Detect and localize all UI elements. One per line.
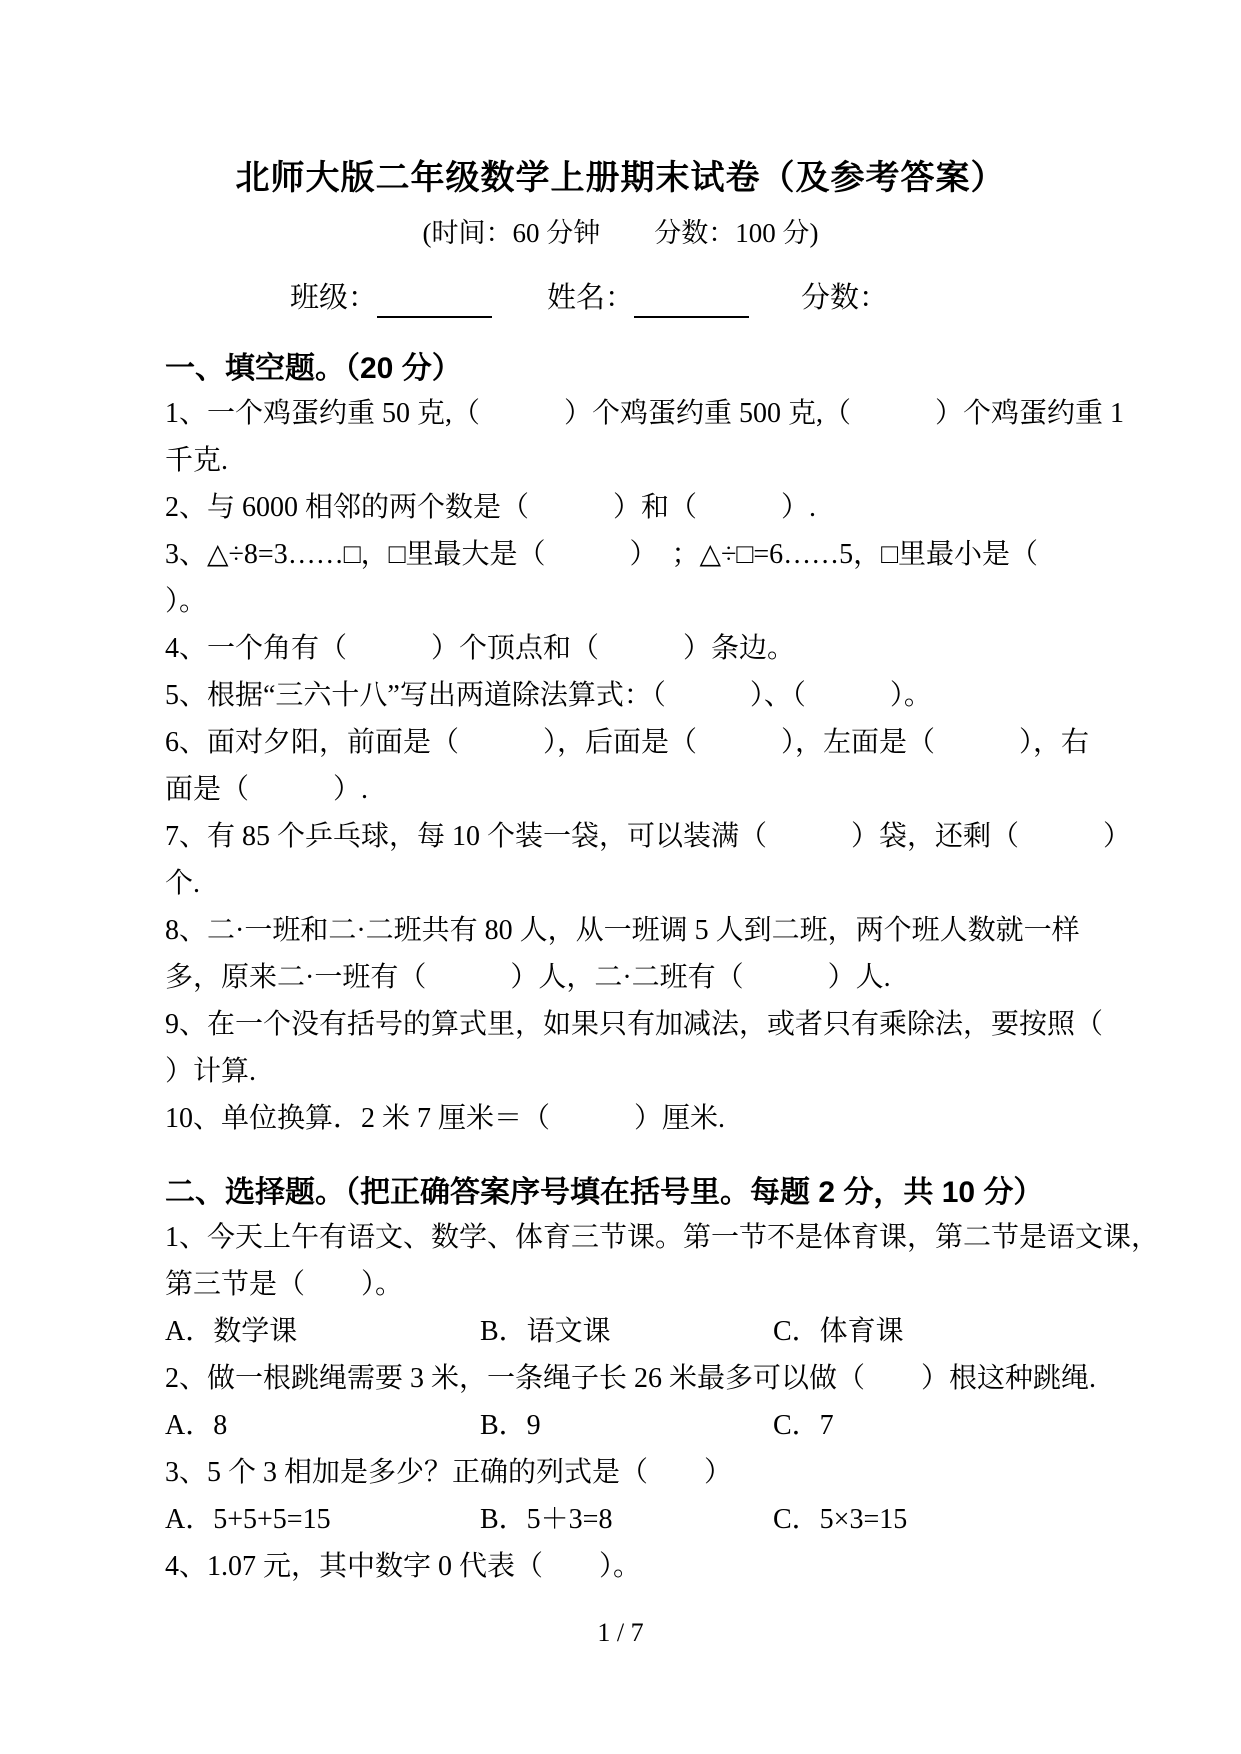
option-c: C．7 — [773, 1402, 1086, 1449]
score-label: 分数： — [801, 278, 888, 318]
name-label: 姓名： — [547, 278, 634, 318]
exam-body: 一、填空题。（20 分） 1、一个鸡蛋约重 50 克,（ ）个鸡蛋约重 500 … — [0, 348, 1241, 1590]
question-line: 第三节是（ ）。 — [165, 1261, 1086, 1308]
section2-questions: 1、今天上午有语文、数学、体育三节课。第一节不是体育课，第二节是语文课， 第三节… — [165, 1214, 1086, 1590]
question-line: 面是（ ）. — [165, 766, 1086, 813]
question-line: 3、△÷8=3……□，□里最大是（ ） ；△÷□=6……5，□里最小是（ — [165, 531, 1086, 578]
section2-heading: 二、选择题。（把正确答案序号填在括号里。每题 2 分，共 10 分） — [165, 1172, 1086, 1214]
question-line: 10、单位换算．2 米 7 厘米＝（ ）厘米. — [165, 1095, 1086, 1142]
question3-options: A．5+5+5=15 B．5＋3=8 C．5×3=15 — [165, 1496, 1086, 1543]
question-line: ）计算. — [165, 1048, 1086, 1095]
class-blank-line — [377, 282, 492, 318]
question-line: 3、5 个 3 相加是多少？正确的列式是（ ） — [165, 1449, 1086, 1496]
exam-meta-line: (时间：60 分钟 分数：100 分) — [0, 214, 1241, 252]
name-blank-line — [634, 282, 749, 318]
question-line: 9、在一个没有括号的算式里，如果只有加减法，或者只有乘除法，要按照（ — [165, 1001, 1086, 1048]
question-line: 6、面对夕阳，前面是（ ），后面是（ ），左面是（ ），右 — [165, 719, 1086, 766]
option-c: C．5×3=15 — [773, 1496, 1086, 1543]
option-a: A．8 — [165, 1402, 480, 1449]
option-b: B．5＋3=8 — [480, 1496, 773, 1543]
section1-questions: 1、一个鸡蛋约重 50 克,（ ）个鸡蛋约重 500 克,（ ）个鸡蛋约重 1 … — [165, 390, 1086, 1142]
page-title: 北师大版二年级数学上册期末试卷（及参考答案） — [0, 158, 1241, 200]
question-line: 千克. — [165, 437, 1086, 484]
question-line: 多，原来二·一班有（ ）人，二·二班有（ ）人. — [165, 954, 1086, 1001]
option-a: A．5+5+5=15 — [165, 1496, 480, 1543]
exam-paper-page: 北师大版二年级数学上册期末试卷（及参考答案） (时间：60 分钟 分数：100 … — [0, 0, 1241, 1754]
question-line: 8、二·一班和二·二班共有 80 人，从一班调 5 人到二班，两个班人数就一样 — [165, 907, 1086, 954]
question-line: 5、根据“三六十八”写出两道除法算式：（ ）、（ ）。 — [165, 672, 1086, 719]
question-line: 2、做一根跳绳需要 3 米，一条绳子长 26 米最多可以做（ ）根这种跳绳. — [165, 1355, 1086, 1402]
question-line: 1、今天上午有语文、数学、体育三节课。第一节不是体育课，第二节是语文课， — [165, 1214, 1086, 1261]
question2-options: A．8 B．9 C．7 — [165, 1402, 1086, 1449]
question-line: 个. — [165, 860, 1086, 907]
option-a: A．数学课 — [165, 1308, 480, 1355]
class-label: 班级： — [290, 278, 377, 318]
question-line: 2、与 6000 相邻的两个数是（ ）和（ ）. — [165, 484, 1086, 531]
question-line: 1、一个鸡蛋约重 50 克,（ ）个鸡蛋约重 500 克,（ ）个鸡蛋约重 1 — [165, 390, 1086, 437]
option-c: C．体育课 — [773, 1308, 1086, 1355]
student-info-row: 班级： 姓名： 分数： — [0, 278, 1241, 318]
question-line: 7、有 85 个乒乓球，每 10 个装一袋，可以装满（ ）袋，还剩（ ） — [165, 813, 1086, 860]
option-b: B．9 — [480, 1402, 773, 1449]
option-b: B．语文课 — [480, 1308, 773, 1355]
question-line: ）。 — [165, 578, 1086, 625]
question1-options: A．数学课 B．语文课 C．体育课 — [165, 1308, 1086, 1355]
page-number: 1 / 7 — [0, 1618, 1241, 1648]
question-line: 4、1.07 元，其中数字 0 代表（ ）。 — [165, 1543, 1086, 1590]
section1-heading: 一、填空题。（20 分） — [165, 348, 1086, 390]
question-line: 4、一个角有（ ）个顶点和（ ）条边。 — [165, 625, 1086, 672]
